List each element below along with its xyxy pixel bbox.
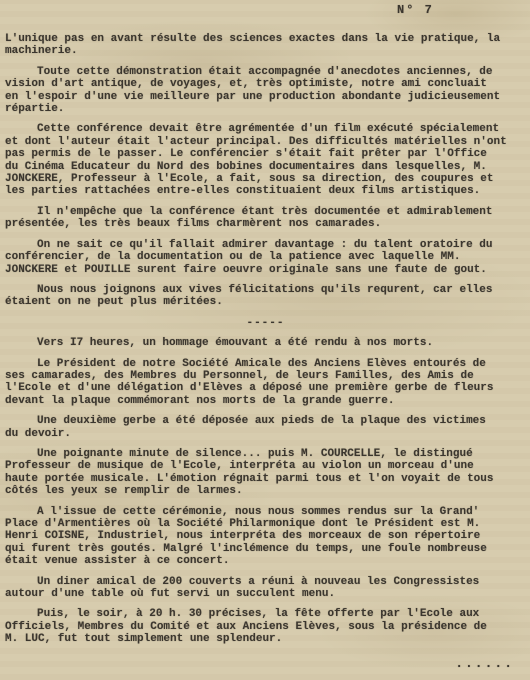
paragraph: Toute cette démonstration était accompag… [5,66,526,116]
page-number: N° 7 [397,4,434,16]
paragraph: Nous nous joignons aux vives félicitatio… [5,284,526,309]
end-of-section-dots: ...... [455,658,514,670]
paragraph: Vers I7 heures, un hommage émouvant a ét… [5,337,526,349]
document-page: N° 7 L'unique pas en avant résulte des s… [0,0,530,680]
paragraph: Un diner amical de 200 couverts a réuni … [5,576,526,601]
paragraph: A l'issue de cette cérémonie, nous nous … [5,506,526,568]
paragraph: Puis, le soir, à 20 h. 30 précises, la f… [5,608,526,645]
paragraph: On ne sait ce qu'il fallait admirer dava… [5,239,526,276]
section-divider: ----- [5,317,526,329]
paragraph: Une poignante minute de silence... puis … [5,448,526,498]
paragraph: Il n'empêche que la conférence étant trè… [5,206,526,231]
paragraph: Le Président de notre Société Amicale de… [5,358,526,408]
paragraph: Une deuxième gerbe a été déposée aux pie… [5,415,526,440]
paragraph: Cette conférence devait être agrémentée … [5,123,526,197]
paragraph: L'unique pas en avant résulte des scienc… [5,33,526,58]
